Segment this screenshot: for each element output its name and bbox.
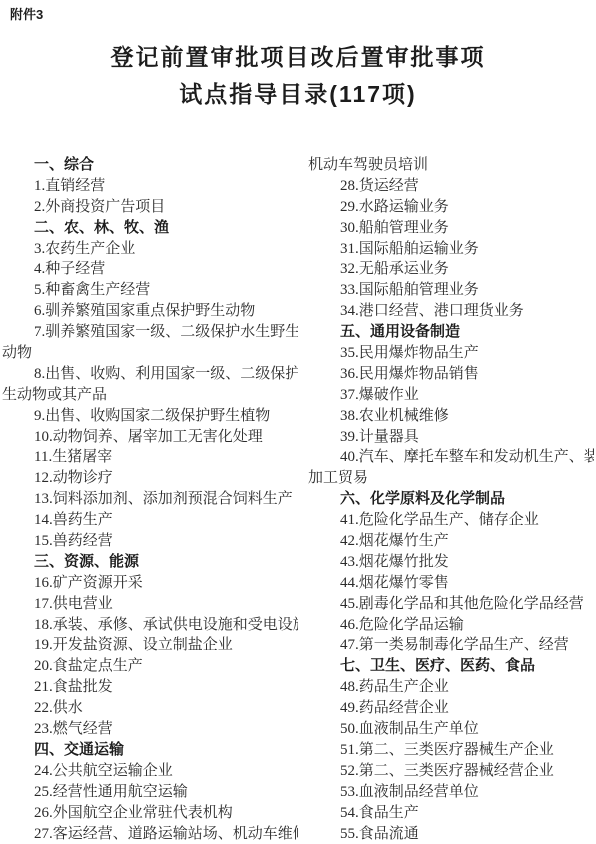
- catalog-item: 52.第二、三类医疗器械经营企业: [308, 761, 594, 782]
- catalog-item: 10.动物饲养、屠宰加工无害化处理: [2, 427, 298, 448]
- catalog-item: 1.直销经营: [2, 176, 298, 197]
- catalog-item: 53.血液制品经营单位: [308, 782, 594, 803]
- catalog-item: 14.兽药生产: [2, 510, 298, 531]
- catalog-column-left: 一、综合1.直销经营2.外商投资广告项目二、农、林、牧、渔3.农药生产企业4.种…: [2, 155, 298, 844]
- catalog-item: 55.食品流通: [308, 824, 594, 844]
- catalog-item: 44.烟花爆竹零售: [308, 573, 594, 594]
- catalog-item: 3.农药生产企业: [2, 239, 298, 260]
- catalog-item: 7.驯养繁殖国家一级、二级保护水生野生: [2, 322, 298, 343]
- catalog-item: 15.兽药经营: [2, 531, 298, 552]
- catalog-item: 47.第一类易制毒化学品生产、经营: [308, 635, 594, 656]
- catalog-item: 4.种子经营: [2, 259, 298, 280]
- catalog-item: 22.供水: [2, 698, 298, 719]
- catalog-item: 51.第二、三类医疗器械生产企业: [308, 740, 594, 761]
- catalog-item: 48.药品生产企业: [308, 677, 594, 698]
- catalog-item: 13.饲料添加剂、添加剂预混合饲料生产: [2, 489, 298, 510]
- section-header: 三、资源、能源: [2, 552, 298, 573]
- catalog-columns: 一、综合1.直销经营2.外商投资广告项目二、农、林、牧、渔3.农药生产企业4.种…: [2, 155, 594, 844]
- catalog-item: 6.驯养繁殖国家重点保护野生动物: [2, 301, 298, 322]
- catalog-item: 34.港口经营、港口理货业务: [308, 301, 594, 322]
- catalog-item: 41.危险化学品生产、储存企业: [308, 510, 594, 531]
- section-header: 七、卫生、医疗、医药、食品: [308, 656, 594, 677]
- catalog-item: 50.血液制品生产单位: [308, 719, 594, 740]
- catalog-column-right: 机动车驾驶员培训28.货运经营29.水路运输业务30.船舶管理业务31.国际船舶…: [308, 155, 594, 844]
- catalog-item: 33.国际船舶管理业务: [308, 280, 594, 301]
- document-title: 登记前置审批项目改后置审批事项 试点指导目录(117项): [0, 39, 596, 113]
- catalog-item: 35.民用爆炸物品生产: [308, 343, 594, 364]
- catalog-item-continuation: 生动物或其产品: [2, 385, 298, 406]
- catalog-item: 21.食盐批发: [2, 677, 298, 698]
- attachment-label: 附件3: [10, 6, 43, 24]
- catalog-item-continuation: 机动车驾驶员培训: [308, 155, 594, 176]
- document-page: 附件3 登记前置审批项目改后置审批事项 试点指导目录(117项) 一、综合1.直…: [0, 0, 596, 844]
- catalog-item: 29.水路运输业务: [308, 197, 594, 218]
- catalog-item: 12.动物诊疗: [2, 468, 298, 489]
- catalog-item: 39.计量器具: [308, 427, 594, 448]
- catalog-item: 17.供电营业: [2, 594, 298, 615]
- section-header: 六、化学原料及化学制品: [308, 489, 594, 510]
- catalog-item: 54.食品生产: [308, 803, 594, 824]
- section-header: 一、综合: [2, 155, 298, 176]
- catalog-item: 8.出售、收购、利用国家一级、二级保护野: [2, 364, 298, 385]
- section-header: 四、交通运输: [2, 740, 298, 761]
- document-title-line2: 试点指导目录(117项): [0, 76, 596, 113]
- section-header: 五、通用设备制造: [308, 322, 594, 343]
- catalog-item: 42.烟花爆竹生产: [308, 531, 594, 552]
- document-title-line1: 登记前置审批项目改后置审批事项: [0, 39, 596, 76]
- catalog-item: 18.承装、承修、承试供电设施和受电设施: [2, 615, 298, 636]
- catalog-item: 30.船舶管理业务: [308, 218, 594, 239]
- catalog-item: 32.无船承运业务: [308, 259, 594, 280]
- catalog-item: 36.民用爆炸物品销售: [308, 364, 594, 385]
- catalog-item: 9.出售、收购国家二级保护野生植物: [2, 406, 298, 427]
- catalog-item: 46.危险化学品运输: [308, 615, 594, 636]
- catalog-item: 16.矿产资源开采: [2, 573, 298, 594]
- catalog-item: 37.爆破作业: [308, 385, 594, 406]
- catalog-item: 43.烟花爆竹批发: [308, 552, 594, 573]
- catalog-item: 19.开发盐资源、设立制盐企业: [2, 635, 298, 656]
- catalog-item: 11.生猪屠宰: [2, 447, 298, 468]
- catalog-item: 23.燃气经营: [2, 719, 298, 740]
- catalog-item: 5.种畜禽生产经营: [2, 280, 298, 301]
- catalog-item: 2.外商投资广告项目: [2, 197, 298, 218]
- catalog-item: 25.经营性通用航空运输: [2, 782, 298, 803]
- catalog-item-continuation: 动物: [2, 343, 298, 364]
- catalog-item: 24.公共航空运输企业: [2, 761, 298, 782]
- catalog-item: 28.货运经营: [308, 176, 594, 197]
- catalog-item: 27.客运经营、道路运输站场、机动车维修、: [2, 824, 298, 844]
- catalog-item-continuation: 加工贸易: [308, 468, 594, 489]
- catalog-item: 31.国际船舶运输业务: [308, 239, 594, 260]
- catalog-item: 45.剧毒化学品和其他危险化学品经营: [308, 594, 594, 615]
- catalog-item: 38.农业机械维修: [308, 406, 594, 427]
- catalog-item: 26.外国航空企业常驻代表机构: [2, 803, 298, 824]
- section-header: 二、农、林、牧、渔: [2, 218, 298, 239]
- catalog-item: 20.食盐定点生产: [2, 656, 298, 677]
- catalog-item: 40.汽车、摩托车整车和发动机生产、装配、: [308, 447, 594, 468]
- catalog-item: 49.药品经营企业: [308, 698, 594, 719]
